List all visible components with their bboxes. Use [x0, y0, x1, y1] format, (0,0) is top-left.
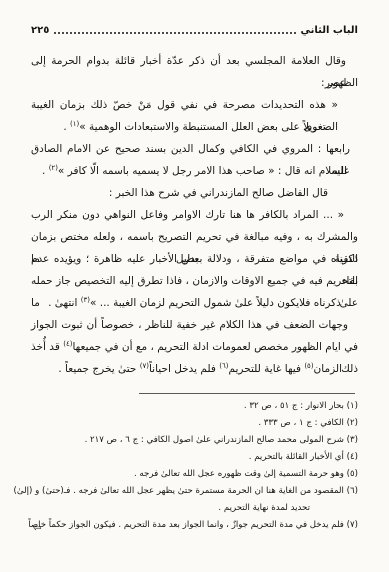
footnotes: (١) بحار الانوار : ج ٥١ ، ص ٣٢ .(٢) الكا… [26, 398, 358, 534]
continuation-arrow-icon: ⇦ [33, 524, 41, 534]
dotted-leader [54, 32, 295, 34]
body-line: وجهات الضعف في هذا الكلام غير خفية للناظ… [31, 314, 358, 336]
footnote-line: تحديد لمدة نهاية التحريم . [26, 500, 358, 517]
chapter-title: الباب الثاني [301, 24, 358, 37]
body-line: « هذه التحديدات مصرحة في نفي قول مَنْ خص… [31, 94, 358, 116]
footnote-line: (١) بحار الانوار : ج ٥١ ، ص ٣٢ . [26, 398, 358, 415]
body-line: وقال العلامة المجلسي بعد أن ذكر عدّة أخب… [31, 50, 358, 72]
footnote-reference: (٦) [219, 362, 228, 370]
body-line: في ايام الظهور مخصص لعمومات ادلة التحريم… [31, 336, 358, 358]
book-page: الباب الثاني ٢٢٥ وقال العلامة المجلسي بع… [0, 0, 389, 572]
body-text: وقال العلامة المجلسي بعد أن ذكر عدّة أخب… [31, 50, 358, 380]
body-line: السلام انه قال : « صاحب هذا الامر رجل لا… [31, 160, 358, 182]
footnote-line: (٥) وهو حرمة التسمية إلىٰ وقت ظهوره عجل … [26, 466, 358, 483]
body-line: قال الفاضل صالح المازندراني في شرح هذا ا… [31, 182, 358, 204]
body-line: التحريم فيه في جميع الاوقات والازمان ، ف… [31, 270, 358, 292]
footnote-line: (٧) فلم يدخل في مدة التحريم جوازٌ ، وانم… [26, 517, 358, 534]
body-line: الظهور : [31, 72, 358, 94]
body-line: ذكرناه فلايكون دليلاً علىٰ شمول التحريم … [31, 292, 358, 314]
footnote-line: (٣) شرح المولى محمد صالح المازندراني على… [26, 432, 358, 449]
footnote-reference: (١) [70, 120, 79, 128]
footnote-reference: (٥) [304, 362, 313, 370]
footnote-line: (٦) المقصود من الغاية هنا ان الحرمة مستم… [26, 483, 358, 500]
footnote-reference: (٣) [81, 296, 90, 304]
page-number: ٢٢٥ [31, 24, 49, 37]
footnote-reference: (٧) [140, 362, 149, 370]
body-line: والمشرك به ، وفيه مبالغة في تحريم التصري… [31, 226, 358, 248]
footnote-separator [139, 393, 355, 394]
body-line: رابعها : المروي في الكافي وكمال الدين بس… [31, 138, 358, 160]
body-line: ذكرناه في مواضع متفرقة ، ودلالة بعض الأخ… [31, 248, 358, 270]
footnote-reference: (٢) [49, 164, 58, 172]
body-line: الزمان(٥) فيها غاية للتحريم(٦) فلم يدخل … [31, 358, 358, 380]
body-line: تعويلاً على بعض العلل المستنبطة والاستبع… [31, 116, 358, 138]
footnote-line: (٢) الكافي : ج ١ ، ص ٣٣٣ . [26, 415, 358, 432]
footnote-line: (٤) أي الأخبار القائلة بالتحريم . [26, 449, 358, 466]
page-header: الباب الثاني ٢٢٥ [31, 24, 358, 37]
body-line: « ... المراد بالكافر ها هنا تارك الاوامر… [31, 204, 358, 226]
